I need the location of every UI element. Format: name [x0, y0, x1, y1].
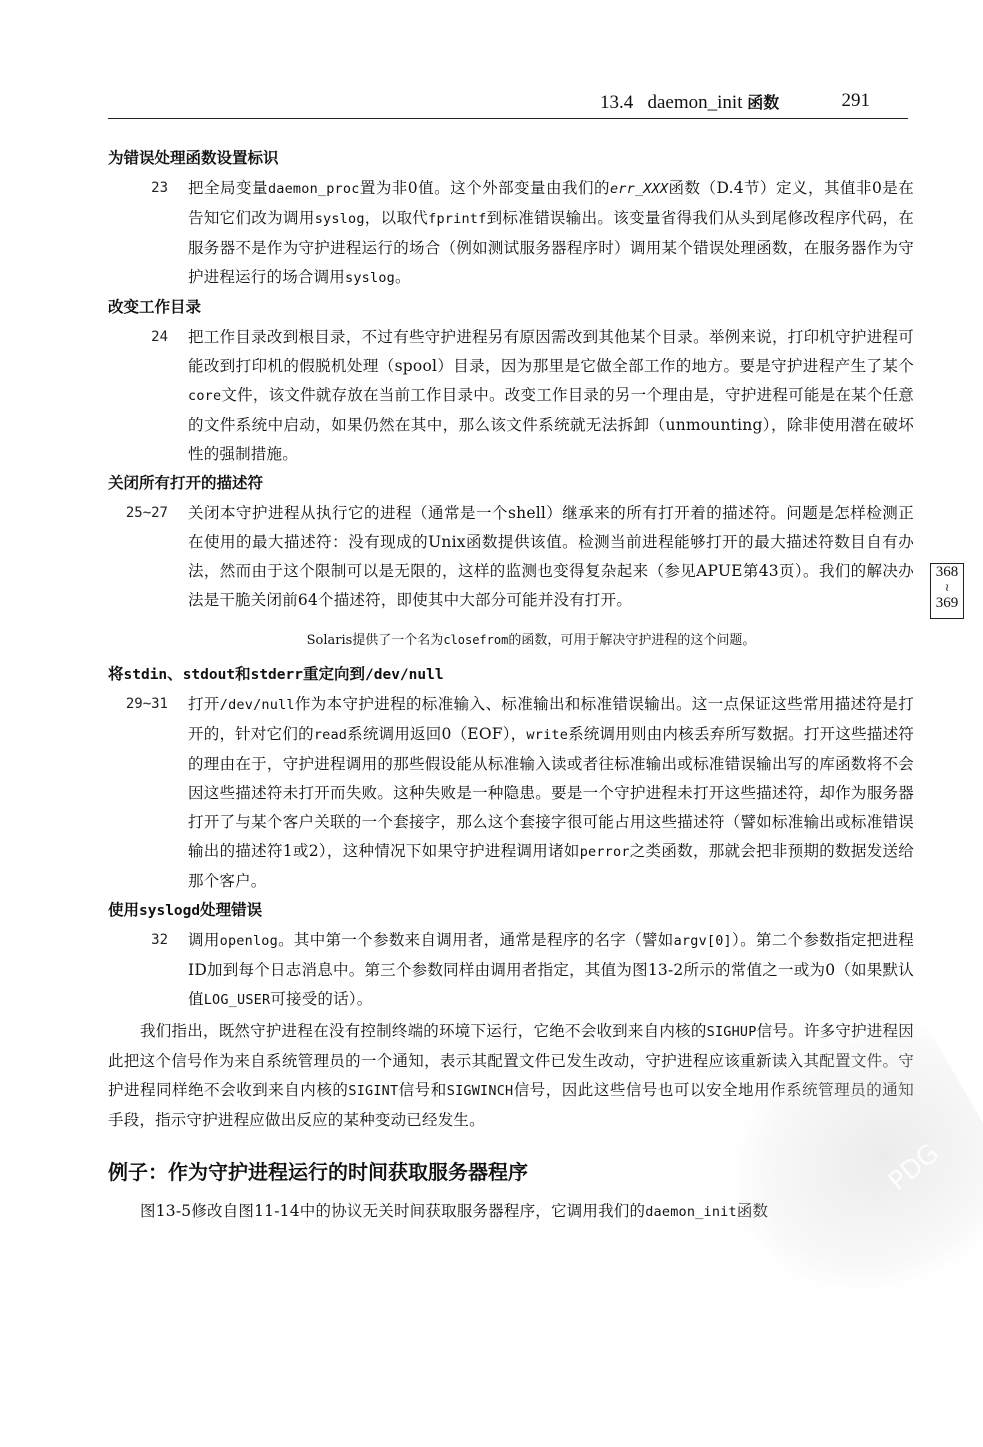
annotation-text: 关闭本守护进程从执行它的进程（通常是一个shell）继承来的所有打开着的描述符。…	[188, 499, 914, 615]
code-annotation: 24 把工作目录改到根目录，不过有些守护进程另有原因需改到其他某个目录。举例来说…	[108, 323, 914, 469]
section-heading: 关闭所有打开的描述符	[108, 471, 914, 495]
code-annotation: 32 调用openlog。其中第一个参数来自调用者，通常是程序的名字（譬如arg…	[108, 926, 914, 1015]
line-number: 23	[108, 174, 168, 203]
page-number: 291	[842, 90, 871, 112]
section-heading: 为错误处理函数设置标识	[108, 146, 914, 170]
section-heading: 将stdin、stdout和stderr重定向到/dev/null	[108, 662, 914, 686]
section-number: 13.4	[600, 92, 633, 113]
annotation-text: 把工作目录改到根目录，不过有些守护进程另有原因需改到其他某个目录。举例来说，打印…	[188, 323, 914, 469]
annotation-text: 调用openlog。其中第一个参数来自调用者，通常是程序的名字（譬如argv[0…	[188, 926, 914, 1015]
code-annotation: 23 把全局变量daemon_proc置为非0值。这个外部变量由我们的err_X…	[108, 174, 914, 293]
code-annotation: 29~31 打开/dev/null作为本守护进程的标准输入、标准输出和标准错误输…	[108, 690, 914, 896]
line-number: 32	[108, 926, 168, 955]
side-note: Solaris提供了一个名为closefrom的函数，可用于解决守护进程的这个问…	[108, 629, 914, 652]
running-header: 13.4 daemon_init 函数 291	[108, 84, 908, 119]
line-number: 25~27	[108, 499, 168, 528]
section-title: daemon_init	[648, 92, 743, 113]
original-page-reference: 368 ≀ 369	[930, 563, 964, 619]
section-title-cn: 函数	[747, 93, 779, 112]
section-ref: 13.4 daemon_init 函数	[600, 90, 779, 114]
section-heading: 使用syslogd处理错误	[108, 898, 914, 922]
line-number: 24	[108, 323, 168, 352]
line-number: 29~31	[108, 690, 168, 719]
section-heading: 改变工作目录	[108, 295, 914, 319]
annotation-text: 把全局变量daemon_proc置为非0值。这个外部变量由我们的err_XXX函…	[188, 174, 914, 293]
code-annotation: 25~27 关闭本守护进程从执行它的进程（通常是一个shell）继承来的所有打开…	[108, 499, 914, 615]
annotation-text: 打开/dev/null作为本守护进程的标准输入、标准输出和标准错误输出。这一点保…	[188, 690, 914, 896]
